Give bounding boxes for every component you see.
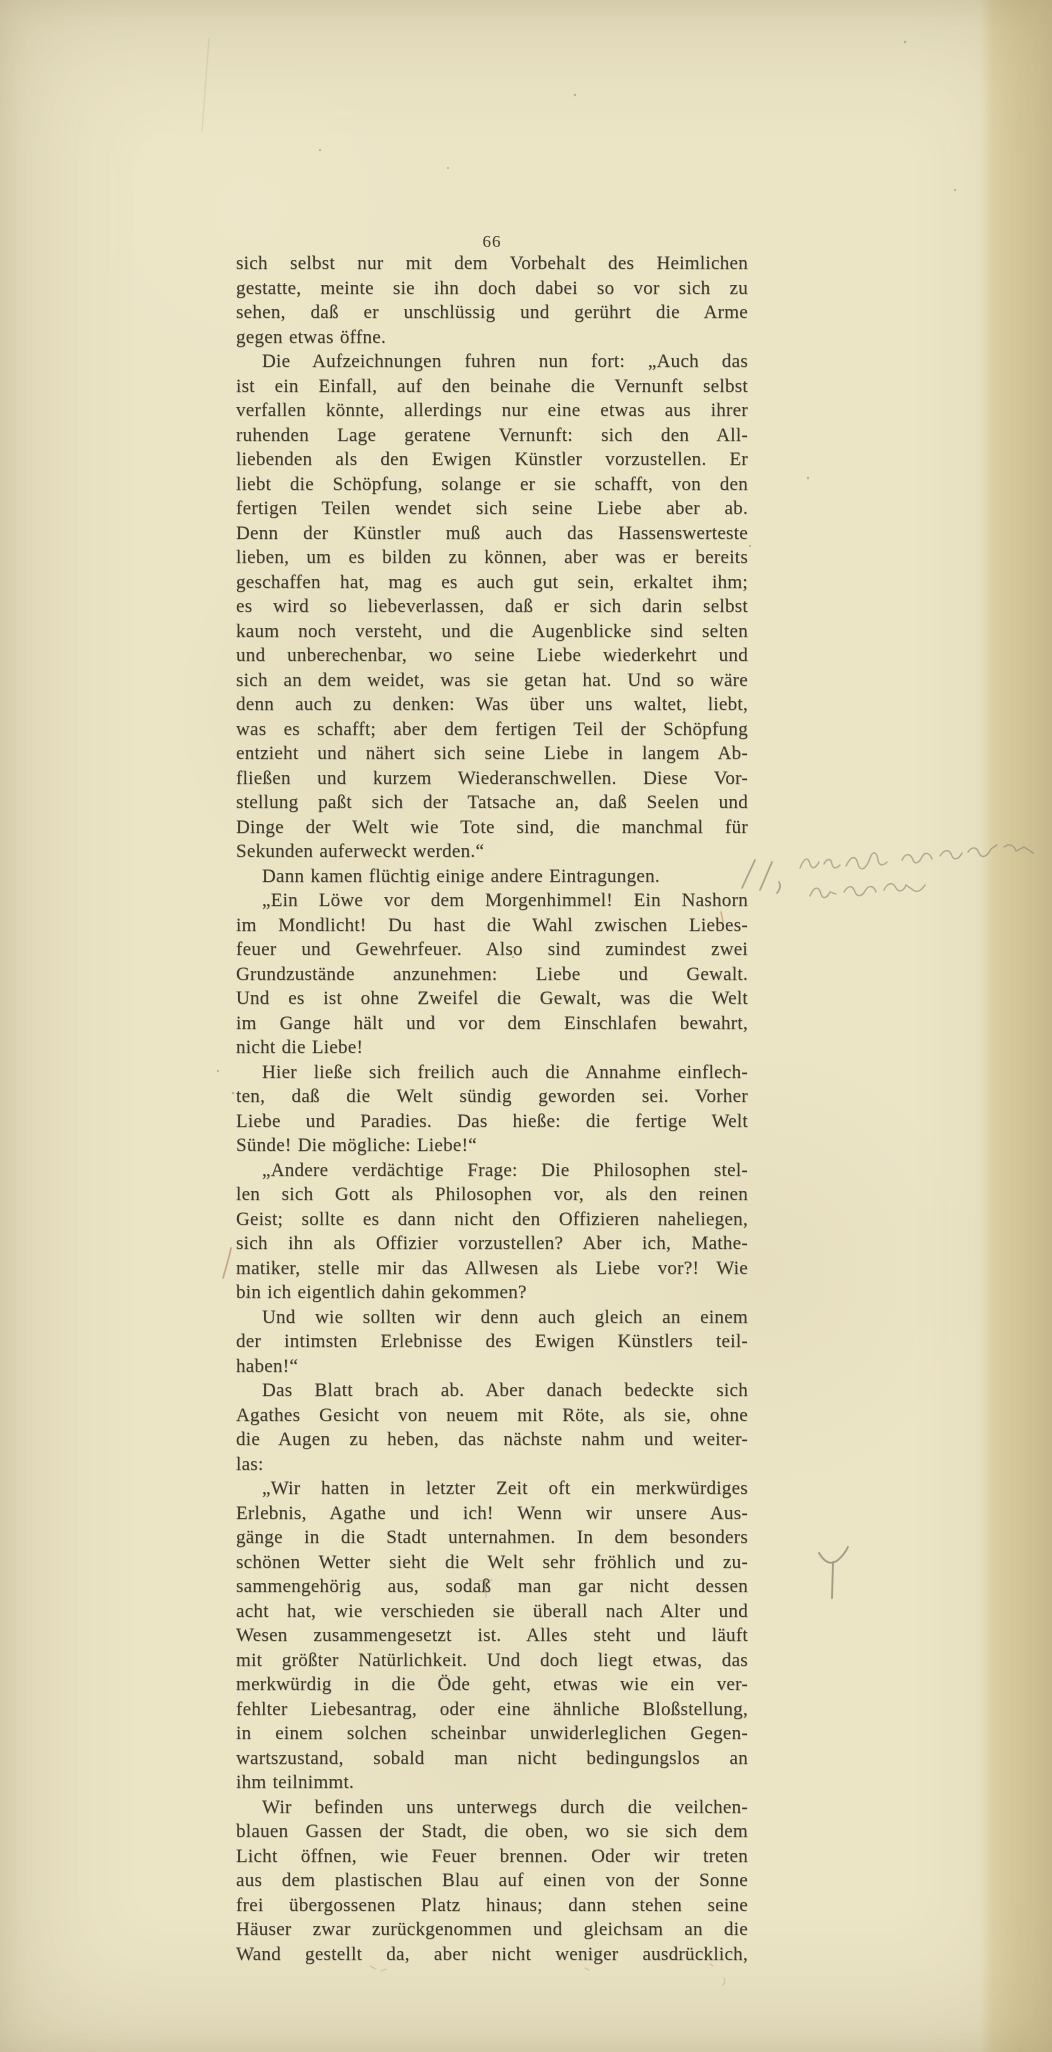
paragraph: „Ein Löwe vor dem Morgenhimmel! Ein Nash…: [236, 889, 748, 1061]
text-line: sich an dem weidet, was sie getan hat. U…: [236, 669, 748, 694]
paragraph: Dann kamen flüchtig einige andere Eintra…: [236, 865, 748, 890]
text-line: „Wir hatten in letzter Zeit oft ein merk…: [236, 1477, 748, 1502]
text-line: Wand gestellt da, aber nicht weniger aus…: [236, 1943, 748, 1968]
text-line: Dann kamen flüchtig einige andere Eintra…: [236, 865, 748, 890]
text-line: merkwürdig in die Öde geht, etwas wie ei…: [236, 1673, 748, 1698]
text-line: ruhenden Lage geratene Vernunft: sich de…: [236, 424, 748, 449]
paragraph: Und wie sollten wir denn auch gleich an …: [236, 1306, 748, 1380]
paragraph: „Andere verdächtige Frage: Die Philosoph…: [236, 1159, 748, 1306]
text-line: haben!“: [236, 1355, 748, 1380]
text-line: ihm teilnimmt.: [236, 1771, 748, 1796]
text-line: „Andere verdächtige Frage: Die Philosoph…: [236, 1159, 748, 1184]
text-line: Das Blatt brach ab. Aber danach bedeckte…: [236, 1379, 748, 1404]
text-line: matiker, stelle mir das Allwesen als Lie…: [236, 1257, 748, 1282]
text-line: wartszustand, sobald man nicht bedingung…: [236, 1747, 748, 1772]
text-line: in einem solchen scheinbar unwiderleglic…: [236, 1722, 748, 1747]
text-line: Häuser zwar zurückgenommen und gleichsam…: [236, 1918, 748, 1943]
text-line: liebenden als den Ewigen Künstler vorzus…: [236, 448, 748, 473]
text-line: lieben, um es bilden zu können, aber was…: [236, 546, 748, 571]
text-line: mit größter Natürlichkeit. Und doch lieg…: [236, 1649, 748, 1674]
text-line: sich selbst nur mit dem Vorbehalt des He…: [236, 252, 748, 277]
text-line: Sünde! Die mögliche: Liebe!“: [236, 1134, 748, 1159]
text-line: sammengehörig aus, sodaß man gar nicht d…: [236, 1575, 748, 1600]
paragraph: sich selbst nur mit dem Vorbehalt des He…: [236, 252, 748, 350]
text-line: Hier ließe sich freilich auch die Annahm…: [236, 1061, 748, 1086]
text-line: entzieht und nähert sich seine Liebe in …: [236, 742, 748, 767]
pencil-handwriting-note: [800, 845, 1033, 898]
paragraph: Die Aufzeichnungen fuhren nun fort: „Auc…: [236, 350, 748, 865]
text-line: fließen und kurzem Wiederanschwellen. Di…: [236, 767, 748, 792]
text-line: Wesen zusammengesetzt ist. Alles steht u…: [236, 1624, 748, 1649]
text-line: der intimsten Erlebnisse des Ewigen Küns…: [236, 1330, 748, 1355]
text-line: geschaffen hat, mag es auch gut sein, er…: [236, 571, 748, 596]
text-line: fertigen Teilen wendet sich seine Liebe …: [236, 497, 748, 522]
text-line: Wir befinden uns unterwegs durch die vei…: [236, 1796, 748, 1821]
text-line: schönen Wetter sieht die Welt sehr fröhl…: [236, 1551, 748, 1576]
paper-fold-line: [202, 38, 209, 132]
text-line: was es schafft; aber dem fertigen Teil d…: [236, 718, 748, 743]
text-line: acht hat, wie verschieden sie überall na…: [236, 1600, 748, 1625]
text-line: frei übergossenen Platz hinaus; dann ste…: [236, 1894, 748, 1919]
paragraph: Wir befinden uns unterwegs durch die vei…: [236, 1796, 748, 1968]
text-line: Erlebnis, Agathe und ich! Wenn wir unser…: [236, 1502, 748, 1527]
text-line: Licht öffnen, wie Feuer brennen. Oder wi…: [236, 1845, 748, 1870]
text-line: nicht die Liebe!: [236, 1036, 748, 1061]
text-line: ten, daß die Welt sündig geworden sei. V…: [236, 1085, 748, 1110]
text-line: im Mondlicht! Du hast die Wahl zwischen …: [236, 914, 748, 939]
text-line: kaum noch versteht, und die Augenblicke …: [236, 620, 748, 645]
text-line: Die Aufzeichnungen fuhren nun fort: „Auc…: [236, 350, 748, 375]
text-line: „Ein Löwe vor dem Morgenhimmel! Ein Nash…: [236, 889, 748, 914]
text-line: sich ihn als Offizier vorzustellen? Aber…: [236, 1232, 748, 1257]
body-text: sich selbst nur mit dem Vorbehalt des He…: [236, 252, 748, 1967]
text-line: aus dem plastischen Blau auf einen von d…: [236, 1869, 748, 1894]
text-line: bin ich eigentlich dahin gekommen?: [236, 1281, 748, 1306]
paragraph: „Wir hatten in letzter Zeit oft ein merk…: [236, 1477, 748, 1796]
page-edge-shadow: [980, 0, 1052, 2052]
text-line: ist ein Einfall, auf den beinahe die Ver…: [236, 375, 748, 400]
text-line: Und es ist ohne Zweifel die Gewalt, was …: [236, 987, 748, 1012]
text-line: feuer und Gewehrfeuer. Also sind zuminde…: [236, 938, 748, 963]
text-line: denn auch zu denken: Was über uns waltet…: [236, 693, 748, 718]
text-line: Liebe und Paradies. Das hieße: die ferti…: [236, 1110, 748, 1135]
paragraph: Hier ließe sich freilich auch die Annahm…: [236, 1061, 748, 1159]
text-line: Agathes Gesicht von neuem mit Röte, als …: [236, 1404, 748, 1429]
text-line: im Gange hält und vor dem Einschlafen be…: [236, 1012, 748, 1037]
text-line: verfallen könnte, allerdings nur eine et…: [236, 399, 748, 424]
text-line: Und wie sollten wir denn auch gleich an …: [236, 1306, 748, 1331]
pencil-y-mark: [819, 1547, 848, 1598]
text-line: liebt die Schöpfung, solange er sie scha…: [236, 473, 748, 498]
text-line: und unberechenbar, wo seine Liebe wieder…: [236, 644, 748, 669]
red-pencil-stroke: [223, 1248, 231, 1278]
text-line: Dinge der Welt wie Tote sind, die manchm…: [236, 816, 748, 841]
text-line: blauen Gassen der Stadt, die oben, wo si…: [236, 1820, 748, 1845]
text-line: Grundzustände anzunehmen: Liebe und Gewa…: [236, 963, 748, 988]
text-line: sehen, daß er unschlüssig und gerührt di…: [236, 301, 748, 326]
text-line: las:: [236, 1453, 748, 1478]
text-line: gestatte, meinte sie ihn doch dabei so v…: [236, 277, 748, 302]
text-line: Denn der Künstler muß auch das Hassenswe…: [236, 522, 748, 547]
text-line: Geist; sollte es dann nicht den Offizier…: [236, 1208, 748, 1233]
paragraph: Das Blatt brach ab. Aber danach bedeckte…: [236, 1379, 748, 1477]
text-line: fehlter Liebesantrag, oder eine ähnliche…: [236, 1698, 748, 1723]
scanned-page: 66 sich selbst nur mit dem Vorbehalt des…: [0, 0, 1052, 2052]
text-line: Sekunden auferweckt werden.“: [236, 840, 748, 865]
text-line: gegen etwas öffne.: [236, 326, 748, 351]
text-line: gänge in die Stadt unternahmen. In dem b…: [236, 1526, 748, 1551]
text-line: die Augen zu heben, das nächste nahm und…: [236, 1428, 748, 1453]
text-line: stellung paßt sich der Tatsache an, daß …: [236, 791, 748, 816]
page-number: 66: [236, 233, 748, 251]
text-line: es wird so liebeverlassen, daß er sich d…: [236, 595, 748, 620]
text-line: len sich Gott als Philosophen vor, als d…: [236, 1183, 748, 1208]
